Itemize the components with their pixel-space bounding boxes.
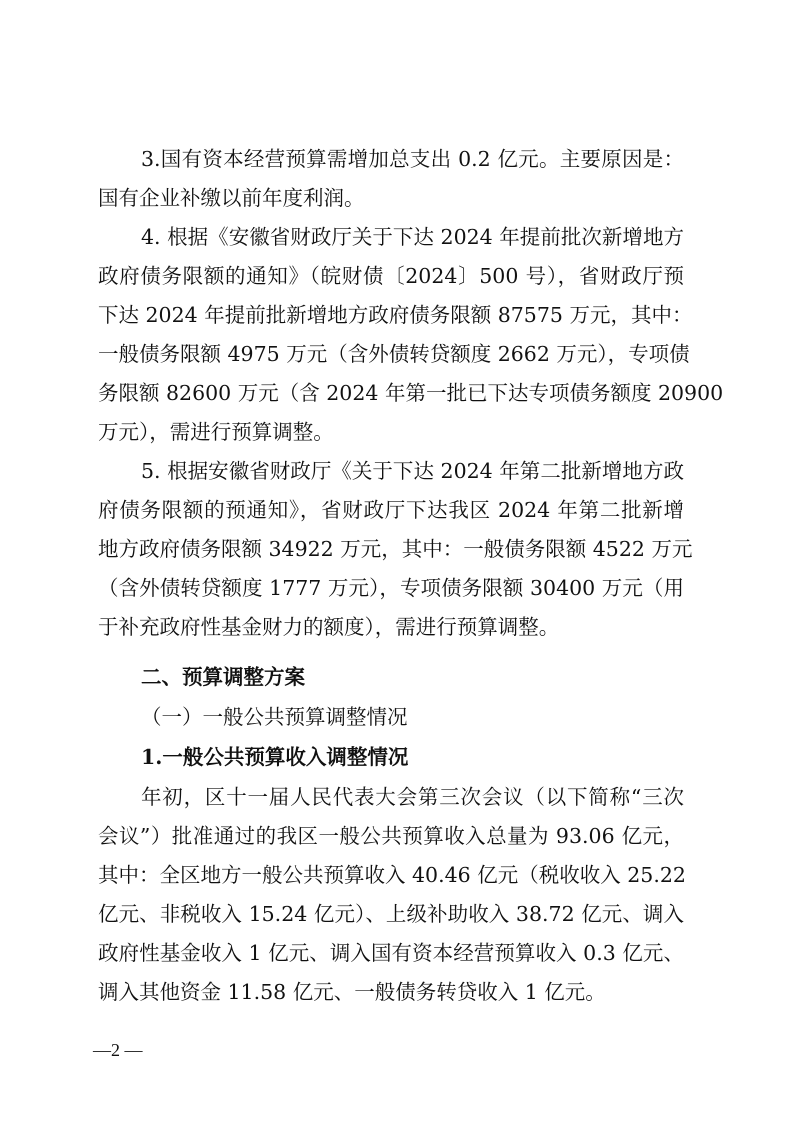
paragraph-revenue-line-2: 会议”）批准通过的我区一般公共预算收入总量为 93.06 亿元， [98,823,684,849]
paragraph-5-line-5: 于补充政府性基金财力的额度），需进行预算调整。 [98,614,684,640]
document-page: 3.国有资本经营预算需增加总支出 0.2 亿元。主要原因是： 国有企业补缴以前年… [0,0,793,1122]
paragraph-5-line-4: （含外债转贷额度 1777 万元），专项债务限额 30400 万元（用 [98,575,684,601]
page-number: —2 — [93,1040,143,1061]
paragraph-4-line-3: 下达 2024 年提前批新增地方政府债务限额 87575 万元，其中： [98,302,684,328]
paragraph-revenue-line-4: 亿元、非税收入 15.24 亿元）、上级补助收入 38.72 亿元、调入 [98,901,684,927]
paragraph-4-line-6: 万元），需进行预算调整。 [98,419,684,445]
item-heading-1: 1.一般公共预算收入调整情况 [141,744,684,770]
paragraph-4-line-4: 一般债务限额 4975 万元（含外债转贷额度 2662 万元），专项债 [98,341,684,367]
paragraph-revenue-line-6: 调入其他资金 11.58 亿元、一般债务转贷收入 1 亿元。 [98,979,684,1005]
paragraph-5-line-3: 地方政府债务限额 34922 万元，其中：一般债务限额 4522 万元 [98,536,684,562]
paragraph-5-line-1: 5. 根据安徽省财政厅《关于下达 2024 年第二批新增地方政 [141,458,684,484]
paragraph-5-line-2: 府债务限额的预通知》，省财政厅下达我区 2024 年第二批新增 [98,497,684,523]
paragraph-4-line-5: 务限额 82600 万元（含 2024 年第一批已下达专项债务额度 20900 [98,380,684,406]
paragraph-4-line-2: 政府债务限额的通知》（皖财债〔2024〕500 号），省财政厅预 [98,263,684,289]
paragraph-revenue-line-1: 年初，区十一届人民代表大会第三次会议（以下简称“三次 [141,784,684,810]
section-heading-2: 二、预算调整方案 [141,664,684,690]
subsection-heading-1: （一）一般公共预算调整情况 [141,704,684,730]
paragraph-revenue-line-3: 其中：全区地方一般公共预算收入 40.46 亿元（税收收入 25.22 [98,862,684,888]
paragraph-revenue-line-5: 政府性基金收入 1 亿元、调入国有资本经营预算收入 0.3 亿元、 [98,940,684,966]
paragraph-4-line-1: 4. 根据《安徽省财政厅关于下达 2024 年提前批次新增地方 [141,224,684,250]
paragraph-3-line-2: 国有企业补缴以前年度利润。 [98,185,684,211]
paragraph-3-line-1: 3.国有资本经营预算需增加总支出 0.2 亿元。主要原因是： [141,146,684,172]
